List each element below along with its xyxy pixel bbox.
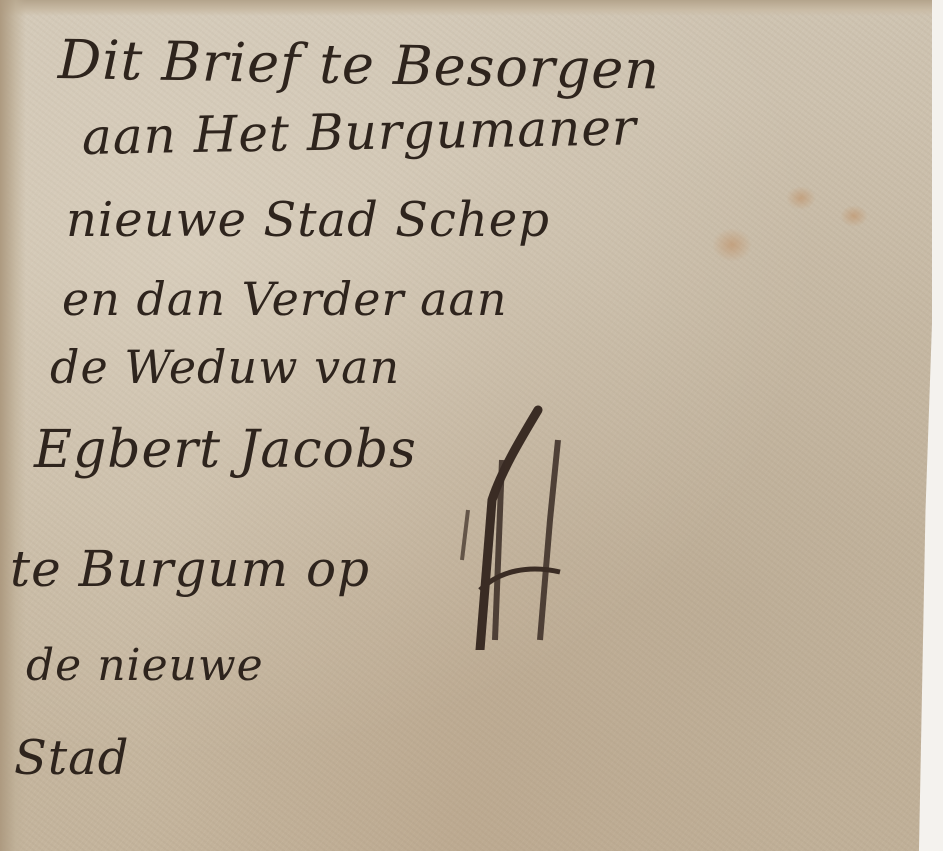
address-line-8: de nieuwe xyxy=(26,640,264,691)
ink-postal-mark xyxy=(440,400,570,650)
address-line-2: aan Het Burgumaner xyxy=(81,98,637,166)
address-line-1: Dit Brief te Besorgen xyxy=(57,28,660,101)
address-line-7: te Burgum op xyxy=(10,540,370,598)
foxing-stain xyxy=(712,228,752,262)
paper-left-edge xyxy=(0,0,26,851)
address-line-6: Egbert Jacobs xyxy=(34,420,417,480)
foxing-stain xyxy=(840,205,868,227)
address-line-4: en dan Verder aan xyxy=(62,272,508,326)
address-line-5: de Weduw van xyxy=(50,340,400,394)
foxing-stain xyxy=(786,186,816,210)
paper-fold-edge xyxy=(0,0,932,16)
address-line-3: nieuwe Stad Schep xyxy=(66,192,550,248)
address-line-9: Stad xyxy=(14,730,130,786)
